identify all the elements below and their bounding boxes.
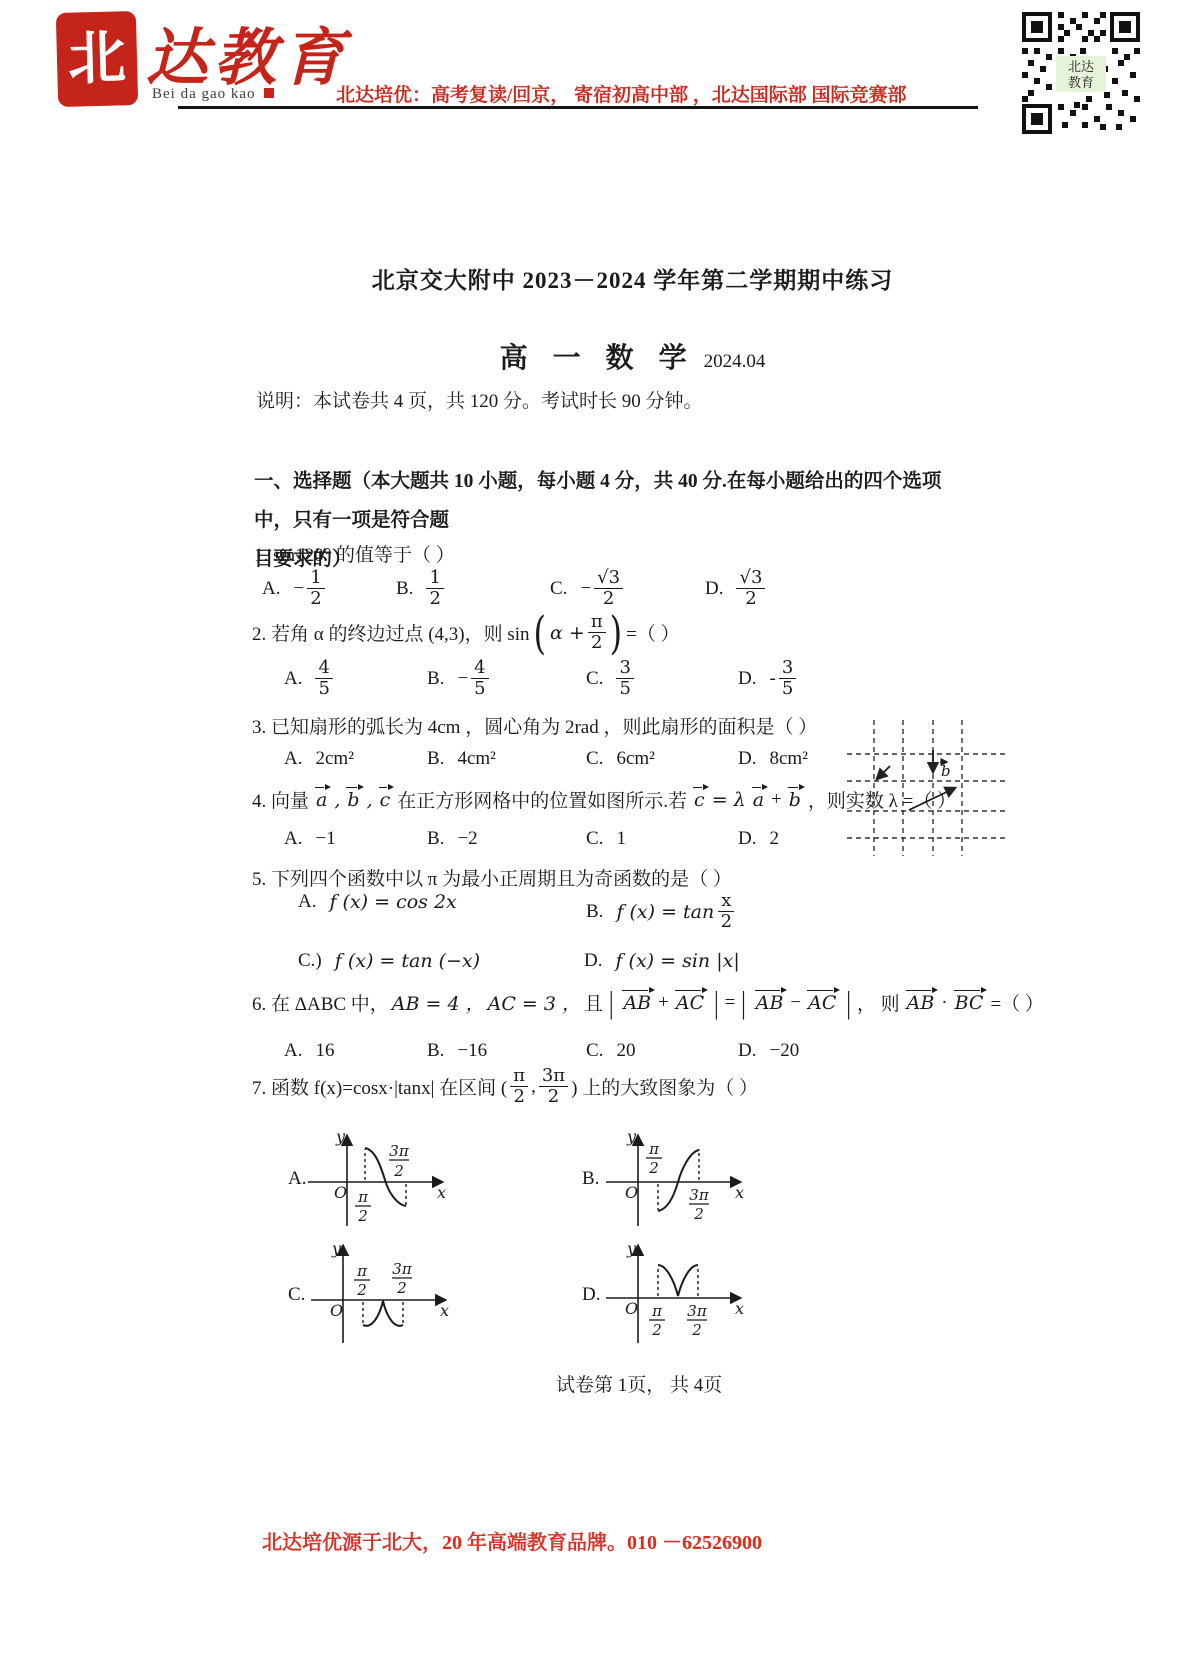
- minus-sign: −: [457, 668, 468, 690]
- header-tagline: 北达培优：高考复读/回京， 寄宿初高中部 ，北达国际部 国际竞赛部: [336, 80, 907, 107]
- abs-bar: |: [607, 986, 615, 1019]
- option-value: −20: [769, 1040, 799, 1062]
- y-axis-label: y: [626, 1239, 637, 1258]
- vector-c-arrow: [909, 788, 955, 810]
- option-label: D.: [584, 950, 602, 972]
- q3-option-c: C.6cm²: [586, 748, 655, 770]
- promo-text: 北达培优源于北大，: [262, 1532, 442, 1554]
- svg-text:3π: 3π: [689, 1186, 710, 1204]
- option-label: C.: [586, 748, 603, 770]
- option-value: f (x) = sin |x|: [615, 950, 739, 972]
- fraction: 35: [779, 658, 796, 699]
- pi-over-2-label: π 2: [649, 1302, 665, 1339]
- dot-operator: ·: [941, 992, 947, 1014]
- option-label: D.: [738, 1040, 756, 1062]
- x-axis-label: x: [735, 1299, 744, 1318]
- q2-stem: 2. 若角 α 的终边过点 (4,3)，则 sin ( α + π2 ) =（ …: [252, 612, 680, 653]
- q5-option-d: D.f (x) = sin |x|: [584, 950, 740, 972]
- exam-page-scan: 北 达教育 Bei da gao kao 北达培优：高考复读/回京， 寄宿初高中…: [0, 0, 1181, 1654]
- page-number-footer: 试卷第 1页， 共 4页: [556, 1370, 722, 1397]
- fraction: 12: [426, 568, 443, 609]
- exam-subject: 高 一 数 学: [500, 343, 696, 374]
- minus-sign: -: [769, 668, 775, 690]
- option-label: A.: [262, 578, 280, 600]
- fraction: 12: [307, 568, 324, 609]
- option-value: 16: [315, 1040, 334, 1062]
- q1-option-a: A. − 12: [262, 568, 325, 609]
- logo-seal: 北: [56, 11, 138, 107]
- logo-subtitle-text: Bei da gao kao: [152, 86, 256, 102]
- svg-text:2: 2: [357, 1207, 368, 1225]
- curve-negative-lobes: [363, 1301, 403, 1326]
- option-value: −2: [457, 828, 477, 850]
- q2-inner-expr: α +: [550, 622, 585, 644]
- big-paren-open: (: [534, 606, 546, 659]
- qr-center-text-1: 北达: [1068, 59, 1094, 75]
- q4-stem-p2: 在正方形网格中的位置如图所示.若: [397, 786, 687, 813]
- q6-stem: 6. 在 ΔABC 中， AB = 4 ， AC = 3 ， 且 | AB + …: [252, 988, 1044, 1017]
- fraction: x2: [718, 891, 734, 932]
- vector-a-arrow: [877, 766, 890, 779]
- big-paren-close: ): [610, 606, 622, 659]
- svg-text:π: π: [651, 1302, 663, 1320]
- exam-note: 说明：本试卷共 4 页，共 120 分。考试时长 90 分钟。: [256, 386, 703, 413]
- option-value: 1: [616, 828, 626, 850]
- q7-graph-c: y x O π 2 3π 2: [303, 1238, 463, 1348]
- exam-date: 2024.04: [704, 351, 766, 372]
- three-pi-over-2-label: 3π 2: [389, 1142, 410, 1180]
- x-axis-label: x: [735, 1183, 744, 1202]
- vector-AB: AB: [754, 992, 786, 1014]
- promo-dash: －: [657, 1532, 682, 1554]
- q7-stem: 7. 函数 f(x)=cosx·|tanx| 在区间 ( π2 , 3π2 ) …: [252, 1066, 758, 1107]
- option-value: 6cm²: [616, 748, 654, 770]
- q6-stem-p2: ， 则: [857, 989, 900, 1016]
- vector-a: a: [751, 789, 766, 811]
- q7-graph-a: y x O π 2 3π 2: [300, 1126, 460, 1236]
- svg-text:3π: 3π: [389, 1142, 410, 1160]
- vector-AB: AB: [621, 992, 653, 1014]
- vector-AB: AB: [905, 992, 937, 1014]
- y-axis-label: y: [335, 1127, 346, 1146]
- option-value: 4cm²: [457, 748, 495, 770]
- q6-option-a: A.16: [284, 1040, 334, 1062]
- y-axis-label: y: [331, 1239, 342, 1258]
- option-label: A.: [284, 828, 302, 850]
- option-label: B.: [586, 901, 603, 923]
- q7-stem-p1: 7. 函数 f(x)=cosx·|tanx| 在区间 (: [252, 1073, 507, 1100]
- svg-text:2: 2: [393, 1162, 404, 1180]
- option-label: A.: [284, 668, 302, 690]
- logo-subtitle: Bei da gao kao: [152, 86, 274, 103]
- q3-option-d: D.8cm²: [738, 748, 808, 770]
- section1-heading-line1: 一、选择题（本大题共 10 小题，每小题 4 分，共 40 分.在每小题给出的四…: [254, 462, 966, 540]
- vector-AC: AC: [674, 992, 706, 1014]
- option-label: B.: [396, 578, 413, 600]
- q7-graph-d: y x O π 2 3π 2: [598, 1238, 758, 1348]
- option-label: A.: [284, 1040, 302, 1062]
- option-value: f (x) = cos 2x: [329, 891, 456, 913]
- promo-years: 20: [442, 1532, 462, 1554]
- q6-option-c: C.20: [586, 1040, 635, 1062]
- exam-title: 北京交大附中 2023－2024 学年第二学期期中练习: [260, 262, 1005, 295]
- minus-sign: −: [790, 992, 801, 1014]
- option-label: C.: [550, 578, 567, 600]
- option-label: C.: [586, 828, 603, 850]
- abs-bar: |: [739, 986, 747, 1019]
- option-expr: f (x) = tan: [616, 901, 714, 923]
- vector-a: a: [314, 789, 329, 811]
- fraction: π2: [510, 1066, 528, 1107]
- q7-graph-b: y x O π 2 3π 2: [598, 1126, 758, 1236]
- option-label: B.: [427, 668, 444, 690]
- svg-text:π: π: [357, 1188, 369, 1206]
- vector-BC: BC: [953, 992, 986, 1014]
- fraction: √32: [594, 568, 623, 609]
- fraction: 3π2: [539, 1066, 568, 1107]
- svg-text:2: 2: [396, 1279, 407, 1297]
- option-label: C.): [298, 950, 322, 972]
- fraction: 35: [616, 658, 633, 699]
- dashed-guides: [658, 1266, 698, 1296]
- q3-stem: 3. 已知扇形的弧长为 4cm ，圆心角为 2rad ，则此扇形的面积是（ ）: [252, 712, 817, 739]
- dashed-guides: [363, 1302, 403, 1326]
- vector-b: b: [345, 789, 361, 811]
- svg-text:2: 2: [356, 1281, 367, 1299]
- q7-stem-p2: ) 上的大致图象为（ ）: [571, 1073, 758, 1100]
- option-value: −1: [315, 828, 335, 850]
- comma: ,: [531, 1076, 536, 1098]
- curve-positive-lobes: [658, 1265, 698, 1296]
- logo-red-square-icon: [264, 88, 274, 98]
- origin-label: O: [334, 1183, 347, 1202]
- q2-option-a: A. 45: [284, 658, 333, 699]
- option-label: B.: [427, 828, 444, 850]
- comma: ,: [367, 789, 373, 811]
- option-label: A.: [298, 891, 316, 913]
- vector-c: c: [692, 789, 707, 811]
- q4-option-b: B.−2: [427, 828, 478, 850]
- comma: ,: [334, 789, 340, 811]
- pi-over-2-label: π 2: [355, 1188, 371, 1225]
- option-label: B.: [427, 1040, 444, 1062]
- abs-bar: |: [844, 986, 852, 1019]
- x-axis-label: x: [440, 1301, 449, 1320]
- option-label: D.: [705, 578, 723, 600]
- svg-text:2: 2: [693, 1205, 704, 1223]
- pi-over-2-label: π 2: [354, 1262, 370, 1299]
- qr-code: 北达 教育: [1022, 12, 1140, 134]
- option-label: B.: [427, 748, 444, 770]
- q1-option-b: B. 12: [396, 568, 444, 609]
- q4-option-d: D.2: [738, 828, 779, 850]
- promo-phone-area: 010: [627, 1532, 657, 1554]
- svg-text:π: π: [648, 1140, 660, 1158]
- q2-option-d: D. - 35: [738, 658, 796, 699]
- q6-stem-p3: =（ ）: [990, 989, 1043, 1016]
- option-label: C.: [586, 1040, 603, 1062]
- fraction: √32: [736, 568, 765, 609]
- three-pi-over-2-label: 3π 2: [689, 1186, 710, 1223]
- q1-stem: 1. sin120° 的值等于（ ）: [254, 540, 455, 567]
- pi-over-2-label: π 2: [646, 1140, 662, 1177]
- q4-stem-p3: = λ: [712, 789, 746, 811]
- option-label: D.: [738, 748, 756, 770]
- q6-option-d: D.−20: [738, 1040, 799, 1062]
- fraction: 45: [315, 658, 332, 699]
- graph-b-label: B.: [582, 1168, 599, 1190]
- option-value: f (x) = tan (−x): [335, 950, 480, 972]
- plus-sign: +: [658, 992, 669, 1014]
- promo-phone-number: 62526900: [682, 1532, 762, 1554]
- svg-text:2: 2: [651, 1321, 662, 1339]
- y-axis-label: y: [626, 1127, 637, 1146]
- minus-sign: −: [580, 578, 591, 600]
- equals-sign: =: [725, 992, 736, 1014]
- header-rule: [178, 106, 978, 109]
- exam-subtitle: 高 一 数 学2024.04: [260, 336, 1005, 376]
- q4-vector-grid-figure: b: [845, 690, 1010, 860]
- q2-option-b: B. − 45: [427, 658, 489, 699]
- q4-stem-p1: 4. 向量: [252, 786, 309, 813]
- svg-text:3π: 3π: [687, 1302, 708, 1320]
- plus-sign: +: [771, 789, 782, 811]
- q2-stem-post: =（ ）: [626, 619, 679, 646]
- option-value: −16: [457, 1040, 487, 1062]
- axes: [606, 1246, 740, 1343]
- logo-seal-char: 北: [67, 29, 127, 88]
- q5-stem: 5. 下列四个函数中以 π 为最小正周期且为奇函数的是（ ）: [252, 864, 732, 891]
- vector-b-label: b: [941, 762, 951, 780]
- q1-option-c: C. − √32: [550, 568, 623, 609]
- qr-center-text-2: 教育: [1068, 75, 1094, 91]
- q5-option-b: B. f (x) = tan x2: [586, 891, 734, 932]
- q5-option-a: A.f (x) = cos 2x: [298, 891, 457, 913]
- q4-option-a: A.−1: [284, 828, 336, 850]
- q2-option-c: C. 35: [586, 658, 634, 699]
- origin-label: O: [625, 1183, 638, 1202]
- svg-text:2: 2: [648, 1159, 659, 1177]
- q5-option-c: C.)f (x) = tan (−x): [298, 950, 480, 972]
- x-axis-label: x: [437, 1183, 446, 1202]
- q6-stem-p1: 6. 在 ΔABC 中，: [252, 989, 389, 1016]
- option-value: 2: [769, 828, 779, 850]
- vector-AC: AC: [806, 992, 838, 1014]
- q1-option-d: D. √32: [705, 568, 765, 609]
- logo-script-text: 达教育: [146, 8, 350, 97]
- grid-lines: [847, 720, 1007, 856]
- q2-stem-pre: 2. 若角 α 的终边过点 (4,3)，则 sin: [252, 619, 530, 646]
- svg-text:3π: 3π: [392, 1260, 413, 1278]
- q3-option-b: B.4cm²: [427, 748, 496, 770]
- fraction: 45: [471, 658, 488, 699]
- option-label: D.: [738, 828, 756, 850]
- promo-footer: 北达培优源于北大，20 年高端教育品牌。010 －62526900: [262, 1526, 762, 1555]
- option-label: A.: [284, 748, 302, 770]
- q6-ac: AC = 3 ，: [488, 989, 581, 1016]
- origin-label: O: [625, 1299, 638, 1318]
- vector-c: c: [378, 789, 393, 811]
- svg-text:π: π: [356, 1262, 368, 1280]
- q3-option-a: A.2cm²: [284, 748, 354, 770]
- option-value: 20: [616, 1040, 635, 1062]
- vectors: [877, 750, 955, 810]
- q6-ab: AB = 4 ，: [392, 989, 485, 1016]
- option-value: 8cm²: [769, 748, 807, 770]
- three-pi-over-2-label: 3π 2: [687, 1302, 708, 1339]
- promo-text: 年高端教育品牌。: [462, 1532, 627, 1554]
- option-value: 2cm²: [315, 748, 353, 770]
- three-pi-over-2-label: 3π 2: [392, 1260, 413, 1297]
- fraction: π2: [588, 612, 606, 653]
- q6-option-b: B.−16: [427, 1040, 487, 1062]
- option-label: D.: [738, 668, 756, 690]
- q4-option-c: C.1: [586, 828, 626, 850]
- q6-qie: 且: [584, 989, 603, 1016]
- vector-b: b: [787, 789, 803, 811]
- option-label: C.: [586, 668, 603, 690]
- minus-sign: −: [293, 578, 304, 600]
- abs-bar: |: [712, 986, 720, 1019]
- axes: [308, 1136, 442, 1226]
- svg-text:2: 2: [691, 1321, 702, 1339]
- axes: [606, 1136, 740, 1226]
- origin-label: O: [330, 1301, 343, 1320]
- axes: [311, 1246, 445, 1343]
